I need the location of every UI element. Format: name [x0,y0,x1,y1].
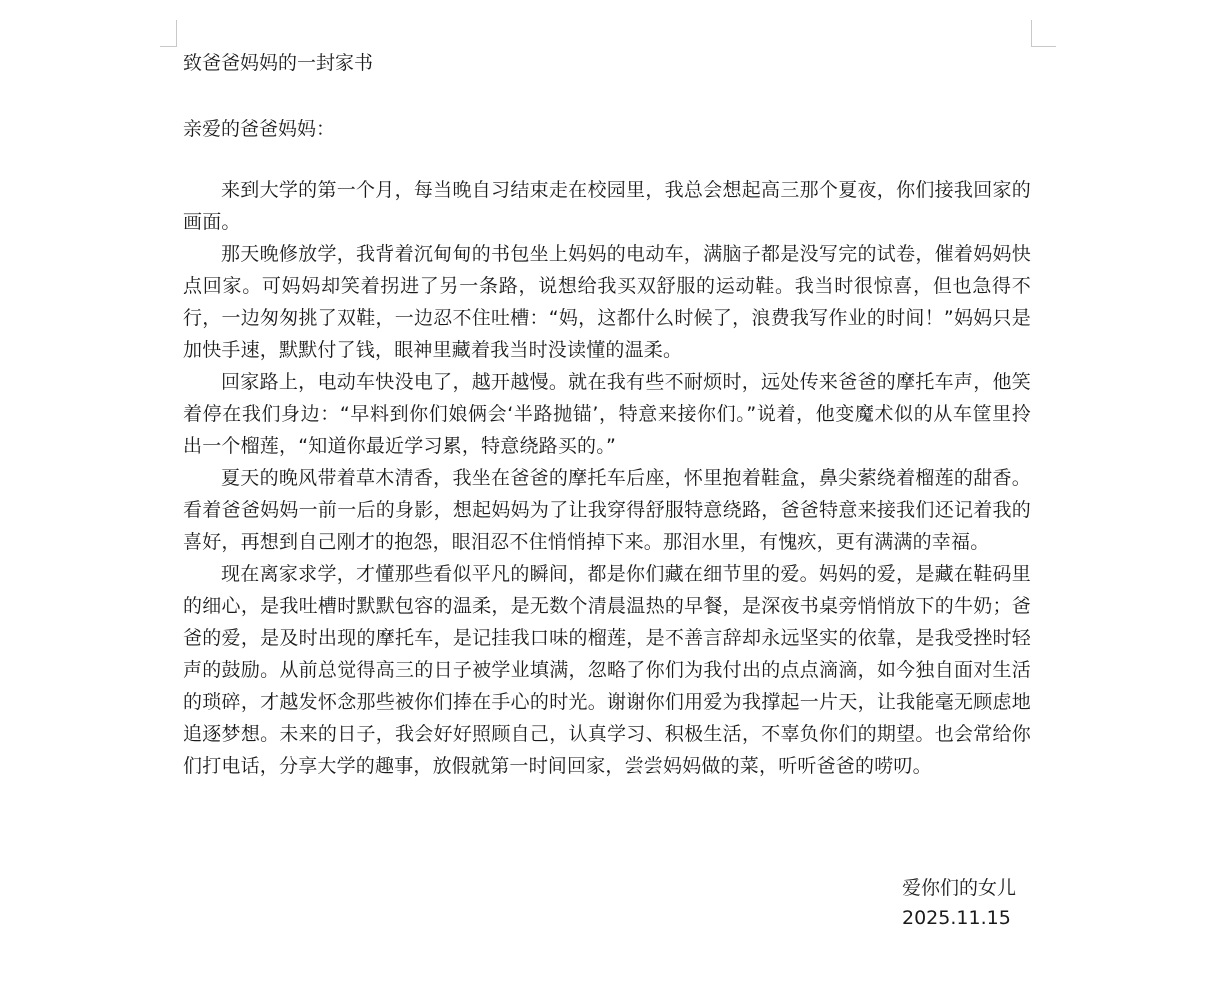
paragraph: 夏天的晚风带着草木清香，我坐在爸爸的摩托车后座，怀里抱着鞋盒，鼻尖萦绕着榴莲的甜… [183,462,1031,558]
margin-corner-mark-right [1031,20,1056,47]
margin-corner-mark-left [160,20,177,47]
paragraph: 来到大学的第一个月，每当晚自习结束走在校园里，我总会想起高三那个夏夜，你们接我回… [183,174,1031,238]
document-title: 致爸爸妈妈的一封家书 [183,49,373,77]
paragraph: 现在离家求学，才懂那些看似平凡的瞬间，都是你们藏在细节里的爱。妈妈的爱，是藏在鞋… [183,558,1031,782]
salutation: 亲爱的爸爸妈妈： [183,115,335,143]
paragraph: 那天晚修放学，我背着沉甸甸的书包坐上妈妈的电动车，满脑子都是没写完的试卷，催着妈… [183,238,1031,366]
signature-date: 2025.11.15 [902,903,1016,933]
signature-block: 爱你们的女儿 2025.11.15 [902,873,1016,933]
paragraph: 回家路上，电动车快没电了，越开越慢。就在我有些不耐烦时，远处传来爸爸的摩托车声，… [183,366,1031,462]
letter-body: 来到大学的第一个月，每当晚自习结束走在校园里，我总会想起高三那个夏夜，你们接我回… [183,174,1031,782]
signature-name: 爱你们的女儿 [902,873,1016,903]
